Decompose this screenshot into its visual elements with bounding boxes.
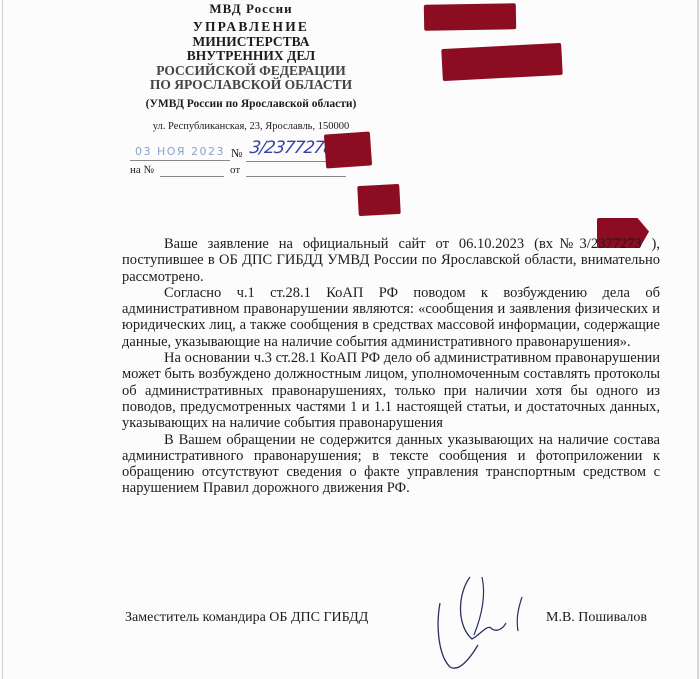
redaction-mark <box>357 184 401 216</box>
department-line-2: МИНИСТЕРСТВА <box>120 35 382 50</box>
signatory-name: М.В. Пошивалов <box>546 610 647 626</box>
paragraph-3: На основании ч.3 ст.28.1 КоАП РФ дело об… <box>122 350 660 431</box>
department-line-4: РОССИЙСКОЙ ФЕДЕРАЦИИ <box>120 64 382 79</box>
department-line-3: ВНУТРЕННИХ ДЕЛ <box>120 49 382 64</box>
reply-to-label: на № <box>130 164 154 176</box>
from-label: от <box>230 164 240 176</box>
handwritten-signature <box>430 575 530 675</box>
number-label: № <box>231 146 242 161</box>
signatory-position: Заместитель командира ОБ ДПС ГИБДД <box>125 610 368 626</box>
department-line-5: ПО ЯРОСЛАВСКОЙ ОБЛАСТИ <box>120 78 382 93</box>
paragraph-4: В Вашем обращении не содержится данных у… <box>122 432 660 497</box>
letter-body: Ваше заявление на официальный сайт от 06… <box>122 236 660 497</box>
department-name: УПРАВЛЕНИЕ МИНИСТЕРСТВА ВНУТРЕННИХ ДЕЛ Р… <box>120 20 382 93</box>
department-line-1: УПРАВЛЕНИЕ <box>120 20 382 35</box>
redaction-mark <box>324 131 372 168</box>
paragraph-2: Согласно ч.1 ст.28.1 КоАП РФ поводом к в… <box>122 285 660 350</box>
paragraph-1: Ваше заявление на официальный сайт от 06… <box>122 236 660 285</box>
registration-date-stamp: 03 НОЯ 2023 <box>130 145 230 161</box>
department-address: ул. Республиканская, 23, Ярославль, 1500… <box>120 121 382 132</box>
ministry-title: МВД России <box>120 1 382 17</box>
from-underline <box>246 176 346 177</box>
redaction-mark <box>441 43 563 81</box>
redaction-mark <box>424 3 516 31</box>
department-abbreviation: (УМВД России по Ярославской области) <box>120 98 382 110</box>
reply-to-underline <box>160 176 224 177</box>
